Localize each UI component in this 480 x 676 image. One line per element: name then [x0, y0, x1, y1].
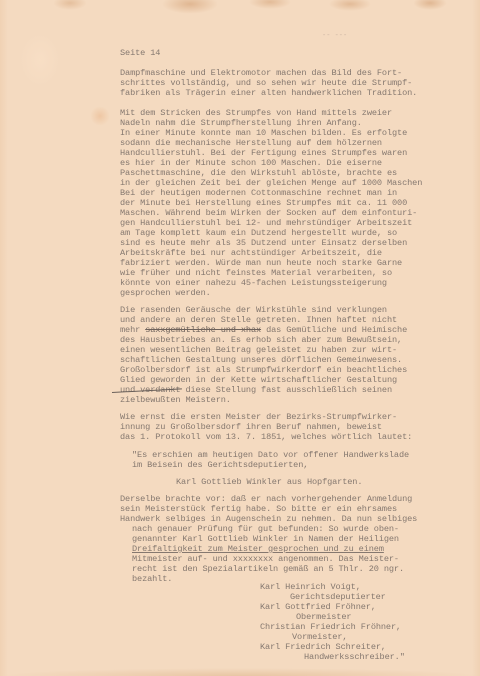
text-line: nach genauer Prüfung für gut befunden: S… — [132, 524, 399, 534]
text-line: gen Handcullierstuhl bei 12- und mehrstü… — [120, 218, 412, 228]
quote-centered-name: Karl Gottlieb Winkler aus Hopfgarten. — [176, 477, 362, 487]
struck-text: saxxgemütliche und xhax — [145, 325, 261, 335]
page-number: Seite 14 — [120, 48, 160, 58]
text-line-with-strikeout: mehr saxxgemütliche und xhax das Gemütli… — [120, 325, 407, 335]
text-line: schaftlichen Gestaltung unseres dörflich… — [120, 355, 402, 365]
text-line: Dampfmaschine und Elektromotor machen da… — [120, 68, 402, 78]
text-line: Handwerk selbiges in Augenschein zu nehm… — [120, 514, 417, 524]
text-fragment: mehr — [120, 325, 145, 335]
text-line: fabriziert werden. Würde man nun heute n… — [120, 258, 402, 268]
text-line: Handcullierstuhl. Bei der Fertigung eine… — [120, 148, 407, 158]
text-line: Mit dem Stricken des Strumpfes von Hand … — [120, 108, 392, 118]
text-line: Dreifaltigkeit zum Meister gesprochen un… — [132, 544, 384, 554]
text-line: Die rasenden Geräusche der Wirkstühle si… — [120, 305, 387, 315]
text-line: fabriken als Trägerin einer alten handwe… — [120, 88, 417, 98]
text-line: gesprochen werden. — [120, 288, 211, 298]
signature-title: Vormeister, — [292, 632, 347, 642]
text-line: am Tage komplett kaum ein Dutzend herges… — [120, 228, 397, 238]
text-line: zielbewußten Meistern. — [120, 395, 231, 405]
text-line: und andere an deren Stelle getreten. Ihn… — [120, 315, 397, 325]
quote-line: "Es erschien am heutigen Dato vor offene… — [132, 450, 409, 460]
text-line: bezahlt. — [132, 574, 172, 584]
signature-name: Christian Friedrich Fröhner, — [260, 622, 401, 632]
text-line: in der gleichen Zeit bei der gleichen Me… — [120, 178, 422, 188]
text-line: Derselbe brachte vor: daß er nach vorher… — [120, 494, 412, 504]
text-line: könnte von einer nahezu 45-fachen Leistu… — [120, 278, 387, 288]
signature-name: Karl Friedrich Schreiter, — [260, 642, 386, 652]
text-line: Mitmeister auf- und xxxxxxxx angenommen.… — [132, 554, 399, 564]
text-line: sein Meisterstück fertig habe. So bitte … — [120, 504, 397, 514]
text-line: Glied geworden in der Kette wirtschaftli… — [120, 375, 397, 385]
text-line: genannter Karl Gottlieb Winkler in Namen… — [132, 534, 399, 544]
signature-title: Handwerksschreiber." — [304, 652, 405, 662]
text-line: Bei der heutigen modernen Cottonmaschine… — [120, 188, 397, 198]
text-line: sind es heute mehr als 35 Dutzend unter … — [120, 238, 407, 248]
text-line: Paschettmaschine, die den Wirkstuhl ablö… — [120, 168, 397, 178]
text-line: einen wesentlichen Beitrag geleistet zu … — [120, 345, 397, 355]
text-line: Arbeitskräfte bei nur achtstündiger Arbe… — [120, 248, 382, 258]
signature-name: Karl Heinrich Voigt, — [260, 582, 361, 592]
text-line: Maschen. Während beim Wirken der Socken … — [120, 208, 417, 218]
text-line: Nadeln nahm die Strumpfherstellung ihren… — [120, 118, 362, 128]
text-line: das 1. Protokoll vom 13. 7. 1851, welche… — [120, 432, 412, 442]
document-page: -- --- Seite 14 Dampfmaschine und Elektr… — [0, 0, 480, 676]
quote-line: im Beisein des Gerichtsdeputierten, — [132, 460, 308, 470]
faint-header-mark: -- --- — [322, 32, 347, 40]
text-line: recht ist den Spezialartikeln gemäß an 5… — [132, 564, 404, 574]
text-line: sodann die mechanische Herstellung auf d… — [120, 138, 382, 148]
text-line: Großolbersdorf ist als Strumpfwirkerdorf… — [120, 365, 407, 375]
text-fragment: das Gemütliche und Heimische — [261, 325, 407, 335]
text-line: innung zu Großolbersdorf ihren Beruf nah… — [120, 422, 382, 432]
signature-title: Gerichtsdeputierter — [290, 592, 386, 602]
text-line: des Hausbetriebes an. Es erhob sich aber… — [120, 335, 402, 345]
text-line: es hier in der Minute schon 100 Maschen.… — [120, 158, 382, 168]
text-line: Wie ernst die ersten Meister der Bezirks… — [120, 412, 397, 422]
signature-name: Karl Gottfried Fröhner, — [260, 602, 376, 612]
signature-title: Obermeister — [296, 612, 351, 622]
text-line: wie früher und nicht feinstes Material v… — [120, 268, 392, 278]
text-line: In einer Minute konnte man 10 Maschen bi… — [120, 128, 407, 138]
text-line: schrittes vollständig, und so sehen wir … — [120, 78, 412, 88]
text-line: der Minute bei Herstellung eines Strumpf… — [120, 198, 407, 208]
